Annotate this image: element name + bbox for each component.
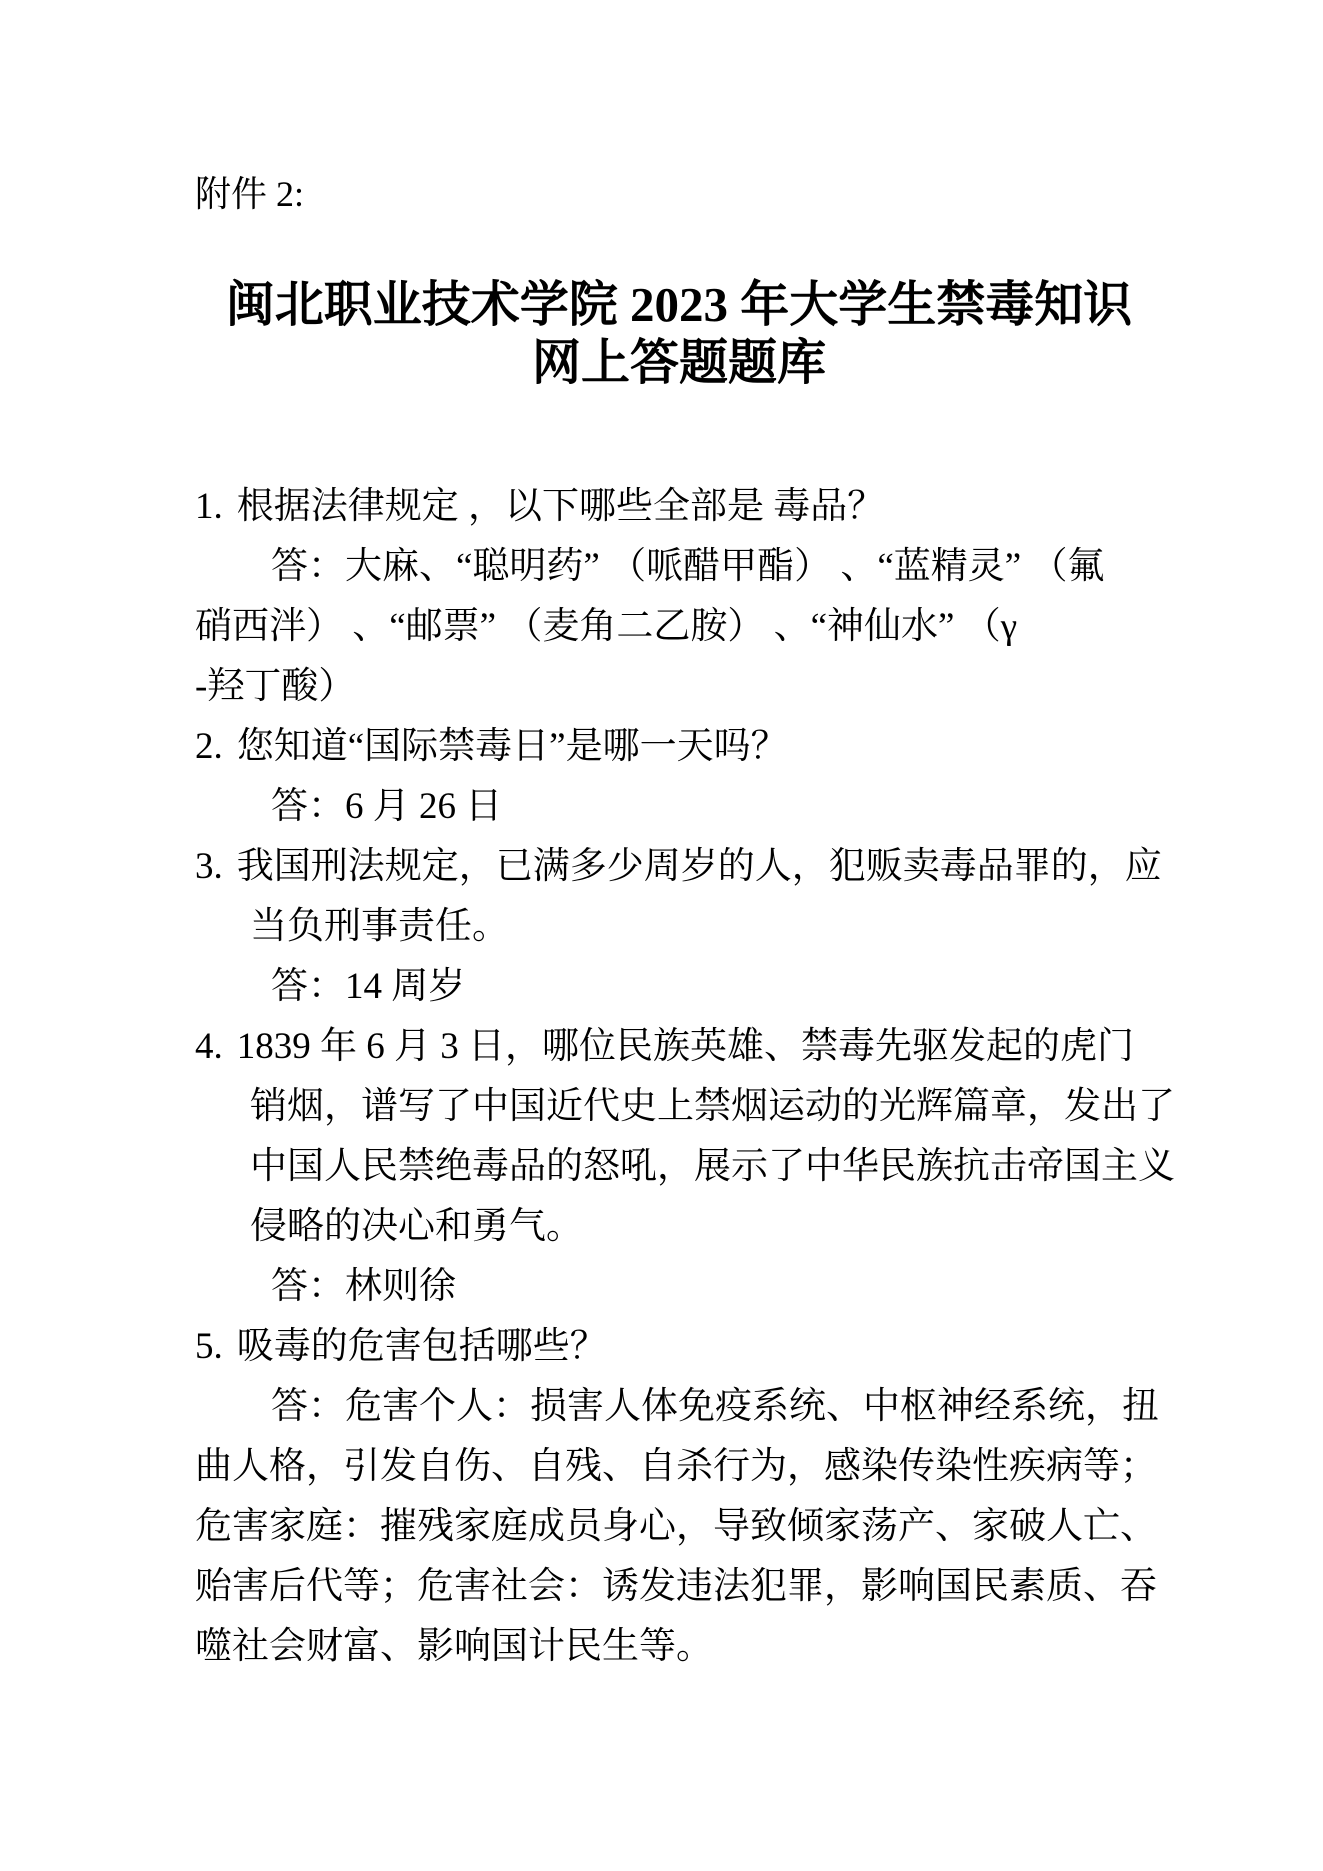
question-item-3: 3.我国刑法规定，已满多少周岁的人，犯贩卖毒品罪的，应 当负刑事责任。 答：14… [195,837,1163,1017]
question-3-text: 3.我国刑法规定，已满多少周岁的人，犯贩卖毒品罪的，应 [195,837,1163,897]
question-2-line-1: 您知道“国际禁毒日”是哪一天吗？ [237,726,788,767]
question-1-answer-line-2: 硝西泮） 、“邮票” （麦角二乙胺） 、“神仙水” （γ [195,597,1163,657]
document-title: 闽北职业技术学院 2023 年大学生禁毒知识 网上答题题库 [165,276,1193,392]
question-item-2: 2.您知道“国际禁毒日”是哪一天吗？ 答：6 月 26 日 [195,717,1163,837]
question-item-5: 5.吸毒的危害包括哪些？ 答：危害个人：损害人体免疫系统、中枢神经系统，扭 曲人… [195,1317,1163,1677]
question-1-answer-line-1: 答：大麻、“聪明药” （哌醋甲酯） 、“蓝精灵” （氟 [195,537,1163,597]
question-1-line-1: 根据法律规定 ，以下哪些全部是 毒品？ [237,486,885,527]
attachment-label: 附件 2: [195,170,1163,218]
question-4-answer-line-1: 答：林则徐 [195,1257,1163,1317]
question-4-line-1: 1839 年 6 月 3 日，哪位民族英雄、禁毒先驱发起的虎门 [237,1026,1134,1067]
question-5-line-1: 吸毒的危害包括哪些？ [237,1326,607,1367]
question-4-line-3: 中国人民禁绝毒品的怒吼，展示了中华民族抗击帝国主义 [195,1137,1163,1197]
question-5-text: 5.吸毒的危害包括哪些？ [195,1317,1163,1377]
question-1-text: 1.根据法律规定 ，以下哪些全部是 毒品？ [195,477,1163,537]
question-3-number: 3. [195,846,223,887]
question-3-line-1: 我国刑法规定，已满多少周岁的人，犯贩卖毒品罪的，应 [237,846,1162,887]
question-5-answer-line-1: 答：危害个人：损害人体免疫系统、中枢神经系统，扭 [195,1377,1163,1437]
question-item-4: 4.1839 年 6 月 3 日，哪位民族英雄、禁毒先驱发起的虎门 销烟，谱写了… [195,1017,1163,1317]
question-1-number: 1. [195,486,223,527]
question-5-answer-line-3: 危害家庭：摧残家庭成员身心，导致倾家荡产、家破人亡、 [195,1497,1163,1557]
title-line-1: 闽北职业技术学院 2023 年大学生禁毒知识 [165,276,1193,334]
question-5-answer-line-2: 曲人格，引发自伤、自残、自杀行为，感染传染性疾病等； [195,1437,1163,1497]
document-page: 附件 2: 闽北职业技术学院 2023 年大学生禁毒知识 网上答题题库 1.根据… [0,0,1323,1871]
question-item-1: 1.根据法律规定 ，以下哪些全部是 毒品？ 答：大麻、“聪明药” （哌醋甲酯） … [195,477,1163,717]
question-2-text: 2.您知道“国际禁毒日”是哪一天吗？ [195,717,1163,777]
question-5-number: 5. [195,1326,223,1367]
question-4-line-2: 销烟，谱写了中国近代史上禁烟运动的光辉篇章，发出了 [195,1077,1163,1137]
title-line-2: 网上答题题库 [165,334,1193,392]
question-2-number: 2. [195,726,223,767]
question-3-answer-line-1: 答：14 周岁 [195,957,1163,1017]
question-list: 1.根据法律规定 ，以下哪些全部是 毒品？ 答：大麻、“聪明药” （哌醋甲酯） … [195,477,1163,1677]
question-4-line-4: 侵略的决心和勇气。 [195,1197,1163,1257]
question-4-number: 4. [195,1026,223,1067]
question-5-answer-line-4: 贻害后代等；危害社会：诱发违法犯罪，影响国民素质、吞 [195,1557,1163,1617]
question-2-answer-line-1: 答：6 月 26 日 [195,777,1163,837]
question-1-answer-line-3: -羟丁酸） [195,657,1163,717]
question-5-answer-line-5: 噬社会财富、影响国计民生等。 [195,1617,1163,1677]
question-3-line-2: 当负刑事责任。 [195,897,1163,957]
question-4-text: 4.1839 年 6 月 3 日，哪位民族英雄、禁毒先驱发起的虎门 [195,1017,1163,1077]
